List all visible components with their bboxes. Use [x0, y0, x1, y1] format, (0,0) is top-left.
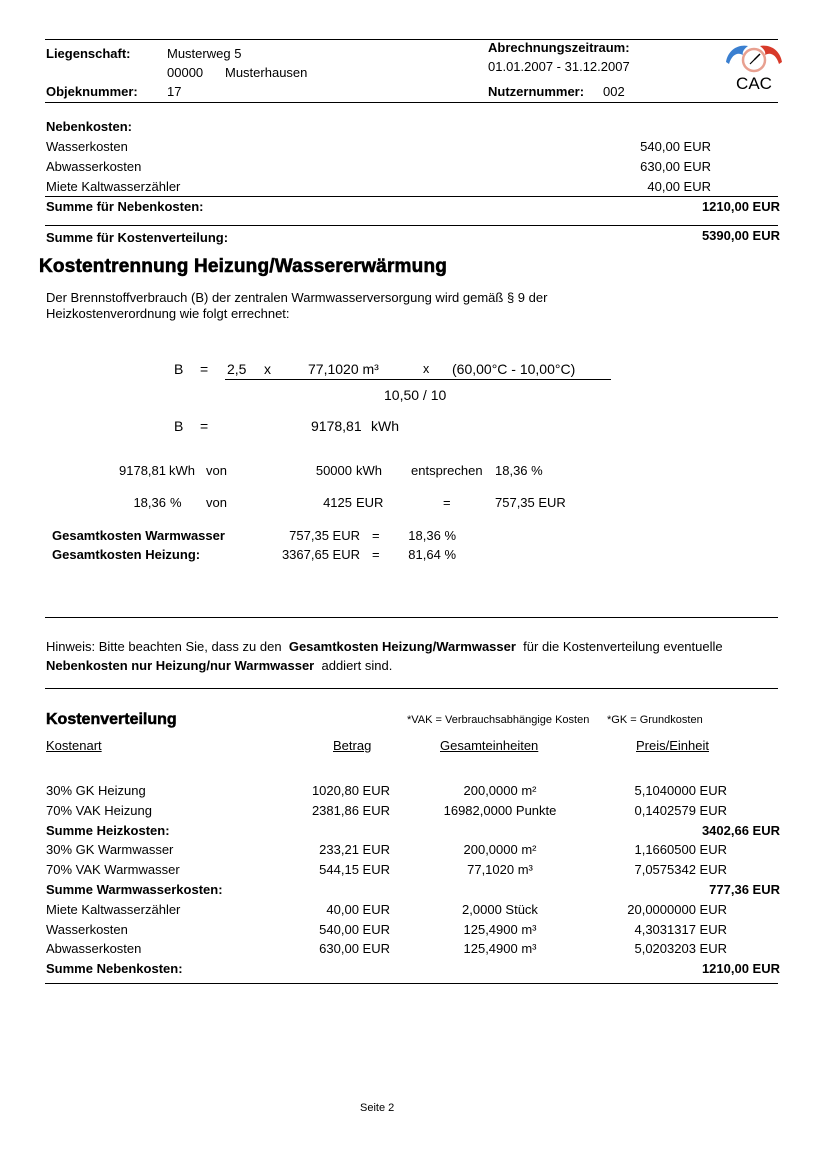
period-value: 01.01.2007 - 31.12.2007: [488, 59, 630, 74]
nebenkosten-item-label: Wasserkosten: [46, 139, 128, 154]
formula-b: B: [174, 361, 183, 377]
nebenkosten-item-label: Miete Kaltwasserzähler: [46, 179, 180, 194]
nebenkosten-sum-value: 1210,00 EUR: [702, 199, 780, 214]
property-zip: 00000: [167, 65, 203, 80]
nebenkosten-item-amount: 630,00 EUR: [640, 159, 711, 174]
object-label: Objeknummer:: [46, 84, 138, 99]
formula-times2: x: [423, 362, 429, 376]
col-kostenart: Kostenart: [46, 738, 102, 753]
calc1-unit: kWh: [169, 463, 195, 478]
distribution-sum-row-label: Summe Heizkosten:: [46, 823, 170, 838]
separation-total-amount: 757,35 EUR: [289, 528, 360, 543]
separation-total-percent: 81,64 %: [408, 547, 456, 562]
nebenkosten-item-label: Abwasserkosten: [46, 159, 141, 174]
distribution-row-amount: 1020,80 EUR: [312, 783, 390, 798]
property-city: Musterhausen: [225, 65, 307, 80]
distribution-sum-row-label: Summe Warmwasserkosten:: [46, 882, 223, 897]
result-eq: =: [200, 418, 208, 434]
distribution-sum-rule: [45, 225, 778, 226]
distribution-sum-row-label: Summe Nebenkosten:: [46, 961, 183, 976]
distribution-sum-row-total: 1210,00 EUR: [702, 961, 780, 976]
distribution-row-units: 2,0000 Stück: [420, 902, 580, 917]
page-number: Seite 2: [360, 1102, 394, 1114]
formula-times: x: [264, 361, 271, 377]
calc2-total-unit: EUR: [356, 495, 383, 510]
distribution-row-amount: 544,15 EUR: [319, 862, 390, 877]
calc1-of: von: [206, 463, 227, 478]
header-bottom-rule: [45, 102, 778, 103]
distribution-row-units: 125,4900 m³: [420, 922, 580, 937]
nebenkosten-item-amount: 40,00 EUR: [647, 179, 711, 194]
calc2-result: 757,35 EUR: [495, 495, 566, 510]
note-bold1: Gesamtkosten Heizung/Warmwasser: [289, 639, 516, 654]
distribution-sum-row-total: 777,36 EUR: [709, 882, 780, 897]
col-gesamteinheiten: Gesamteinheiten: [440, 738, 538, 753]
formula-volume: 77,1020 m³: [308, 361, 379, 377]
distribution-row-units: 125,4900 m³: [420, 941, 580, 956]
dolphin-clock-icon: CAC: [724, 40, 784, 92]
period-label: Abrechnungszeitraum:: [488, 40, 630, 55]
calc2-total: 4125: [323, 495, 352, 510]
distribution-row-units: 200,0000 m²: [420, 783, 580, 798]
calc1-percent: 18,36 %: [495, 463, 543, 478]
distribution-row-label: Abwasserkosten: [46, 941, 141, 956]
distribution-row-amount: 2381,86 EUR: [312, 803, 390, 818]
distribution-sum-label: Summe für Kostenverteilung:: [46, 230, 228, 245]
distribution-row-label: 30% GK Warmwasser: [46, 842, 173, 857]
distribution-row-units: 16982,0000 Punkte: [420, 803, 580, 818]
distribution-sum-value: 5390,00 EUR: [702, 228, 780, 243]
formula-temp: (60,00°C - 10,00°C): [452, 361, 575, 377]
calc2-eq: =: [443, 495, 451, 510]
distribution-row-amount: 540,00 EUR: [319, 922, 390, 937]
svg-text:CAC: CAC: [736, 74, 772, 92]
legend-gk: *GK = Grundkosten: [607, 714, 703, 726]
note-line2: Nebenkosten nur Heizung/nur Warmwasser a…: [46, 658, 392, 673]
object-number: 17: [167, 84, 181, 99]
user-number: 002: [603, 84, 625, 99]
distribution-title: Kostenverteilung: [46, 711, 177, 729]
distribution-bottom-rule: [45, 983, 778, 984]
calc1-value: 9178,81: [119, 463, 166, 478]
formula-fraction-bar: [225, 379, 611, 380]
distribution-row-price: 7,0575342 EUR: [634, 862, 727, 877]
note-part2: für die Kostenverteilung eventuelle: [523, 639, 722, 654]
property-label: Liegenschaft:: [46, 46, 131, 61]
distribution-row-units: 77,1020 m³: [420, 862, 580, 877]
distribution-row-label: 30% GK Heizung: [46, 783, 146, 798]
result-value: 9178,81: [311, 418, 362, 434]
distribution-row-amount: 233,21 EUR: [319, 842, 390, 857]
result-b: B: [174, 418, 183, 434]
note-bold2: Nebenkosten nur Heizung/nur Warmwasser: [46, 658, 314, 673]
note-bottom-rule: [45, 688, 778, 689]
nebenkosten-rule: [45, 196, 778, 197]
calc2-value: 18,36: [133, 495, 166, 510]
distribution-row-label: Wasserkosten: [46, 922, 128, 937]
separation-total-amount: 3367,65 EUR: [282, 547, 360, 562]
distribution-sum-row-total: 3402,66 EUR: [702, 823, 780, 838]
separation-total-label: Gesamtkosten Heizung:: [52, 547, 200, 562]
separation-total-percent: 18,36 %: [408, 528, 456, 543]
formula-denominator: 10,50 / 10: [384, 387, 446, 403]
distribution-row-label: Miete Kaltwasserzähler: [46, 902, 180, 917]
distribution-row-amount: 630,00 EUR: [319, 941, 390, 956]
distribution-row-units: 200,0000 m²: [420, 842, 580, 857]
property-street: Musterweg 5: [167, 46, 241, 61]
nebenkosten-title: Nebenkosten:: [46, 119, 132, 134]
result-unit: kWh: [371, 418, 399, 434]
distribution-row-label: 70% VAK Heizung: [46, 803, 152, 818]
separation-intro-line1: Der Brennstoffverbrauch (B) der zentrale…: [46, 290, 547, 305]
distribution-row-price: 5,0203203 EUR: [634, 941, 727, 956]
note-part1: Hinweis: Bitte beachten Sie, dass zu den: [46, 639, 282, 654]
distribution-row-price: 0,1402579 EUR: [634, 803, 727, 818]
nebenkosten-sum-label: Summe für Nebenkosten:: [46, 199, 203, 214]
formula-eq: =: [200, 361, 208, 377]
separation-total-eq: =: [372, 528, 380, 543]
calc2-unit: %: [170, 495, 182, 510]
col-preis-einheit: Preis/Einheit: [636, 738, 709, 753]
calc2-of: von: [206, 495, 227, 510]
user-label: Nutzernummer:: [488, 84, 584, 99]
separation-total-label: Gesamtkosten Warmwasser: [52, 528, 225, 543]
calc1-verb: entsprechen: [411, 463, 483, 478]
legend-vak: *VAK = Verbrauchsabhängige Kosten: [407, 714, 589, 726]
distribution-row-price: 20,0000000 EUR: [627, 902, 727, 917]
formula-factor: 2,5: [227, 361, 246, 377]
calc1-total: 50000: [316, 463, 352, 478]
note-line1: Hinweis: Bitte beachten Sie, dass zu den…: [46, 639, 723, 654]
separation-intro-line2: Heizkostenverordnung wie folgt errechnet…: [46, 306, 290, 321]
distribution-row-price: 4,3031317 EUR: [634, 922, 727, 937]
distribution-row-label: 70% VAK Warmwasser: [46, 862, 180, 877]
distribution-row-price: 1,1660500 EUR: [634, 842, 727, 857]
calc1-total-unit: kWh: [356, 463, 382, 478]
note-part3: addiert sind.: [321, 658, 392, 673]
separation-title: Kostentrennung Heizung/Wassererwärmung: [39, 256, 447, 278]
distribution-row-price: 5,1040000 EUR: [634, 783, 727, 798]
distribution-row-amount: 40,00 EUR: [326, 902, 390, 917]
nebenkosten-item-amount: 540,00 EUR: [640, 139, 711, 154]
note-top-rule: [45, 617, 778, 618]
col-betrag: Betrag: [333, 738, 371, 753]
cac-logo: CAC: [724, 40, 784, 92]
separation-total-eq: =: [372, 547, 380, 562]
header-top-rule: [45, 39, 778, 40]
